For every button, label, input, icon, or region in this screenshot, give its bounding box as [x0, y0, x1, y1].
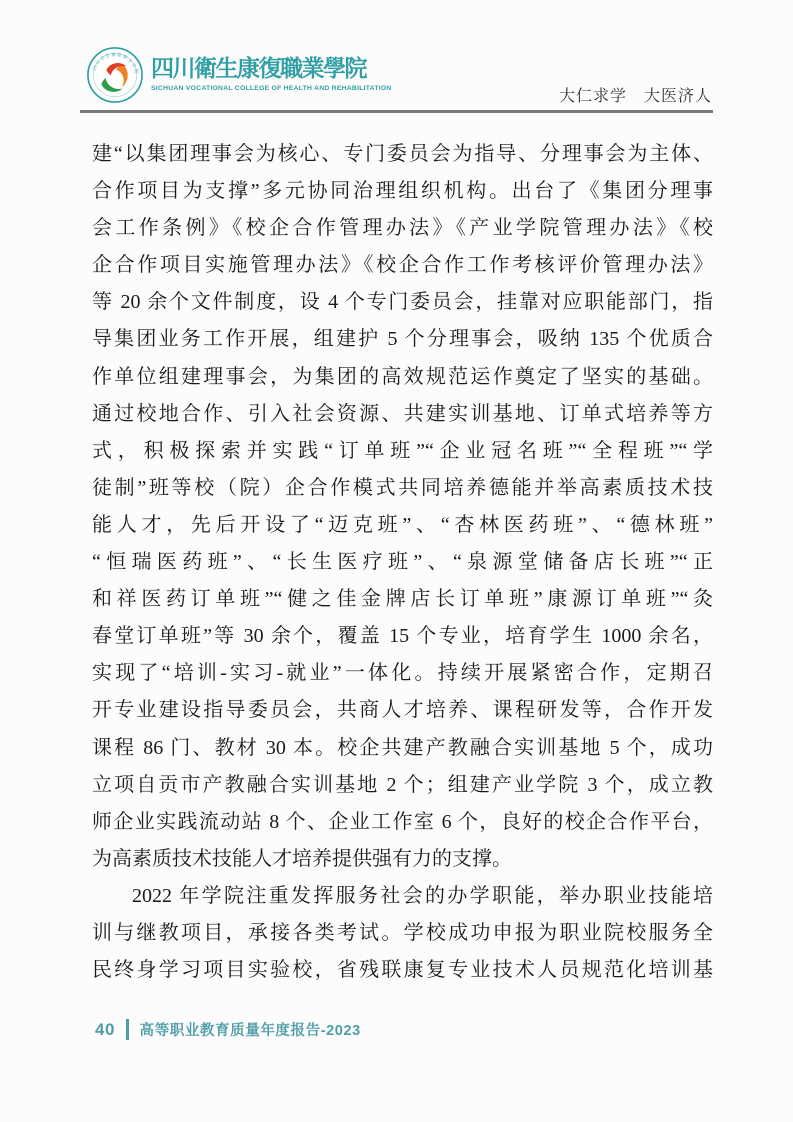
page-body-text: 建“以集团理事会为核心、专门委员会为指导、分理事会为主体、 合作项目为支撑”多元…	[92, 136, 713, 989]
motto-left: 大仁求学	[559, 83, 627, 106]
college-emblem-icon: 四川卫生康复职业学院	[86, 46, 144, 104]
body-line: 民终身学习项目实验校，省残联康复专业技术人员规范化培训基	[92, 952, 713, 989]
college-motto: 大仁求学 大医济人	[559, 83, 712, 106]
footer-divider	[126, 1019, 129, 1040]
body-line: 合作项目为支撑”多元协同治理组织机构。出台了《集团分理事	[92, 173, 713, 210]
body-line: 会工作条例》《校企合作管理办法》《产业学院管理办法》《校	[92, 210, 713, 247]
body-line: 立项自贡市产教融合实训基地 2 个；组建产业学院 3 个，成立教	[92, 767, 713, 804]
body-line: “恒瑞医药班”、“长生医疗班”、“泉源堂储备店长班”“正	[92, 544, 713, 581]
body-line: 春堂订单班”等 30 余个，覆盖 15 个专业，培育学生 1000 余名，	[92, 618, 713, 655]
page-footer: 40 高等职业教育质量年度报告-2023	[95, 1019, 361, 1040]
body-line: 课程 86 门、教材 30 本。校企共建产教融合实训基地 5 个，成功	[92, 730, 713, 767]
body-line: 徒制”班等校（院）企合作模式共同培养德能并举高素质技术技	[92, 470, 713, 507]
body-line: 为高素质技术技能人才培养提供强有力的支撑。	[92, 841, 713, 878]
body-line: 能人才，先后开设了“迈克班”、“杏林医药班”、“德林班”	[92, 507, 713, 544]
body-line: 等 20 余个文件制度，设 4 个专门委员会，挂靠对应职能部门，指	[92, 284, 713, 321]
header-divider	[80, 110, 713, 113]
body-line: 式，积极探索并实践“订单班”“企业冠名班”“全程班”“学	[92, 433, 713, 470]
body-line: 企合作项目实施管理办法》《校企合作工作考核评价管理办法》	[92, 247, 713, 284]
body-line: 训与继教项目，承接各类考试。学校成功申报为职业院校服务全	[92, 915, 713, 952]
college-logo: 四川卫生康复职业学院 四川衛生康復職業學院 SICHUAN VOCATIONAL…	[86, 46, 392, 104]
college-name-english: SICHUAN VOCATIONAL COLLEGE OF HEALTH AND…	[151, 85, 392, 92]
body-line: 作单位组建理事会，为集团的高效规范运作奠定了坚实的基础。	[92, 359, 713, 396]
body-line: 师企业实践流动站 8 个、企业工作室 6 个，良好的校企合作平台，	[92, 804, 713, 841]
report-page: 四川卫生康复职业学院 四川衛生康復職業學院 SICHUAN VOCATIONAL…	[0, 0, 793, 1122]
body-line: 2022 年学院注重发挥服务社会的办学职能，举办职业技能培	[92, 878, 713, 915]
motto-right: 大医济人	[644, 83, 712, 106]
body-line: 开专业建设指导委员会，共商人才培养、课程研发等，合作开发	[92, 692, 713, 729]
report-title: 高等职业教育质量年度报告-2023	[140, 1019, 361, 1040]
body-line: 和祥医药订单班”“健之佳金牌店长订单班”康源订单班”“灸	[92, 581, 713, 618]
body-line: 实现了“培训-实习-就业”一体化。持续开展紧密合作，定期召	[92, 655, 713, 692]
body-line: 建“以集团理事会为核心、专门委员会为指导、分理事会为主体、	[92, 136, 713, 173]
body-line: 通过校地合作、引入社会资源、共建实训基地、订单式培养等方	[92, 396, 713, 433]
page-number: 40	[95, 1020, 115, 1040]
logo-text-block: 四川衛生康復職業學院 SICHUAN VOCATIONAL COLLEGE OF…	[151, 46, 392, 92]
body-line: 导集团业务工作开展，组建护 5 个分理事会，吸纳 135 个优质合	[92, 321, 713, 358]
college-name-calligraphy: 四川衛生康復職業學院	[151, 56, 392, 82]
